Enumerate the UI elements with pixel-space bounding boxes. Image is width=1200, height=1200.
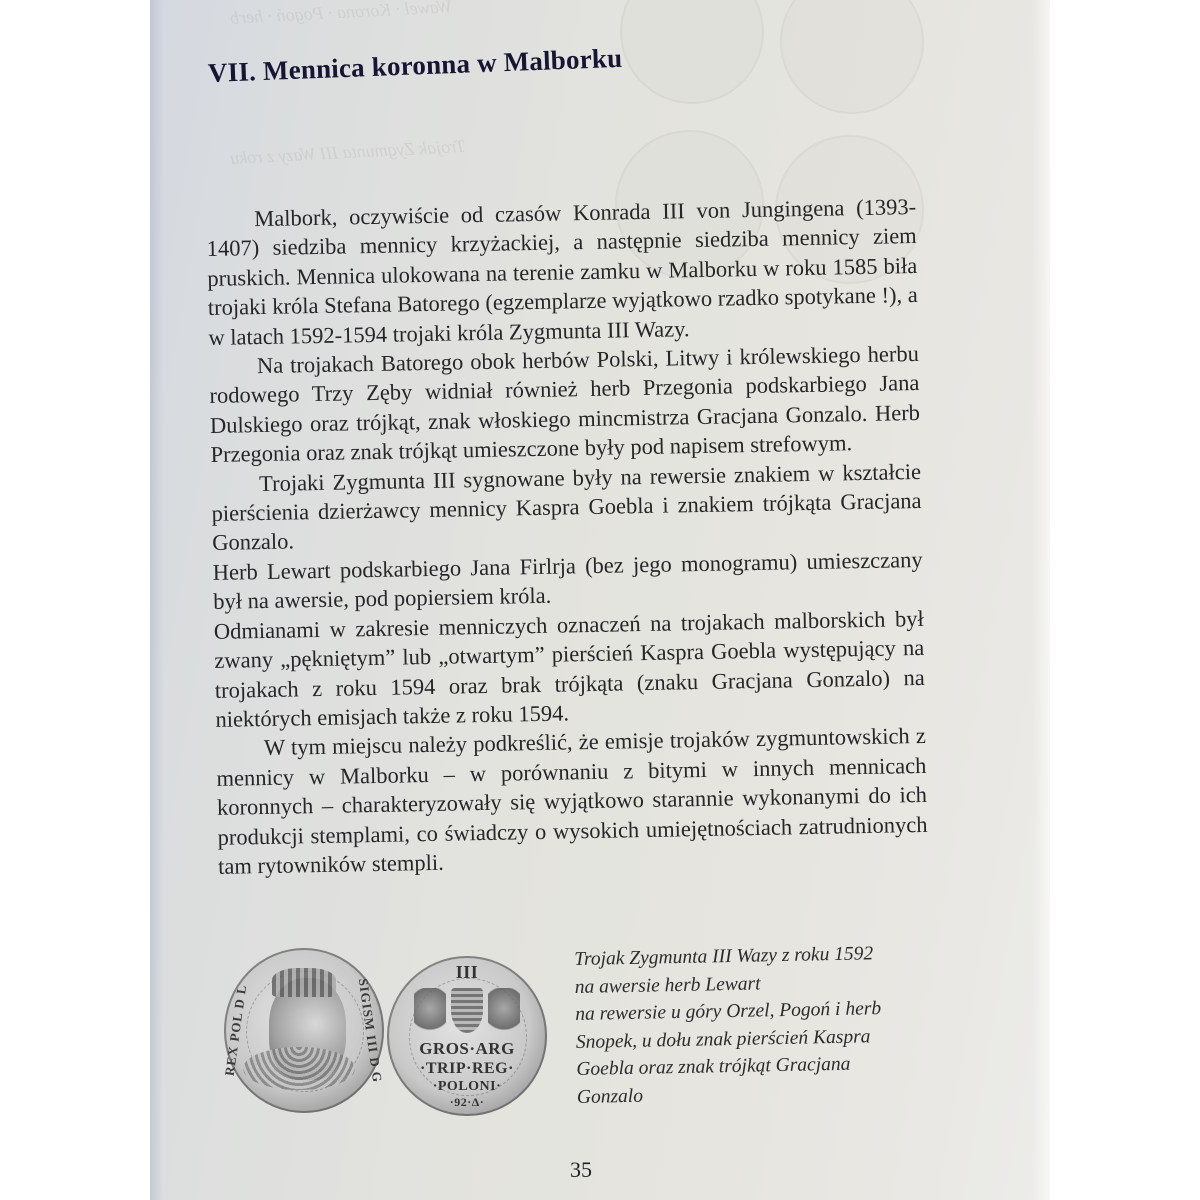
snopek-shield-icon	[451, 988, 483, 1033]
coin-obverse-image: SIGISM III D G REX POL D L	[224, 948, 384, 1113]
show-through-coin	[620, 0, 764, 104]
paragraph: W tym miejscu należy podkreślić, że emis…	[216, 721, 929, 881]
show-through-text: Wawel · Korona · Pogoń · herb	[230, 0, 453, 30]
reverse-inscription: ·92·Δ·	[387, 1095, 547, 1110]
chapter-title: VII. Mennica koronna w Malborku	[207, 43, 622, 89]
denomination: III	[387, 962, 547, 983]
coin-reverse-image: III GROS·ARG ·TRIP·REG· ·POLONI· ·92·Δ·	[387, 956, 547, 1116]
pogon-rider-icon	[488, 988, 520, 1033]
crown-icon	[272, 968, 336, 998]
ruff-collar-icon	[243, 1047, 355, 1090]
show-through-text: Trojak Zygmunta III Wazy z roku	[230, 134, 466, 170]
book-page: Wawel · Korona · Pogoń · herb Trojak Zyg…	[150, 0, 1050, 1200]
paragraph: Odmianami w zakresie menniczych oznaczeń…	[214, 604, 926, 735]
reverse-inscription: ·POLONI·	[387, 1079, 547, 1095]
coin-figure: SIGISM III D G REX POL D L III GROS·ARG …	[212, 940, 552, 1115]
paragraph: Trojaki Zygmunta III sygnowane były na r…	[211, 457, 922, 558]
reverse-inscription: ·TRIP·REG·	[387, 1060, 547, 1078]
paragraph: Malbork, oczywiście od czasów Konrada II…	[206, 192, 919, 352]
eagle-arms-icon	[414, 988, 446, 1033]
figure-caption: Trojak Zygmunta III Wazy z roku 1592 na …	[574, 938, 997, 1111]
show-through-coin	[780, 0, 924, 114]
page-number: 35	[570, 1157, 592, 1183]
reverse-inscription: GROS·ARG	[387, 1039, 547, 1059]
body-text: Malbork, oczywiście od czasów Konrada II…	[206, 192, 928, 881]
paragraph: Na trojakach Batorego obok herbów Polski…	[209, 339, 921, 470]
